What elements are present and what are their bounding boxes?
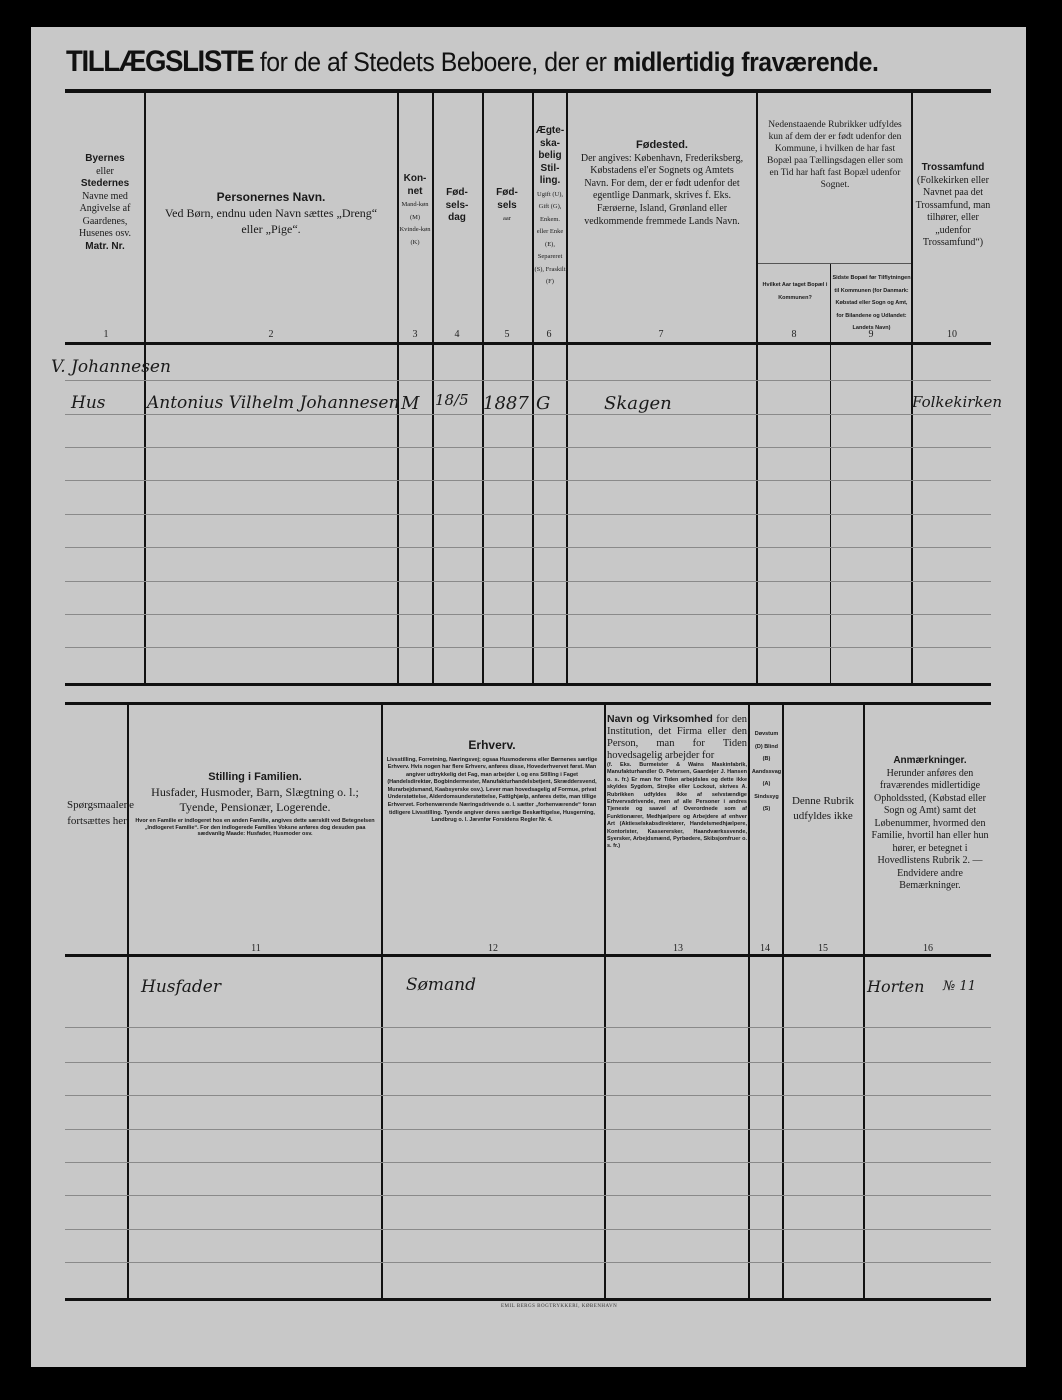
printer-footer: EMIL BERGS BOGTRYKKERI, KØBENHAVN <box>501 1304 617 1309</box>
entry-birthyear: 1887 <box>483 393 529 414</box>
entry-marital-status: G <box>536 393 550 414</box>
entry-family-position: Husfader <box>141 977 221 997</box>
entry-place-line2: Hus <box>71 393 106 413</box>
entry-religion: Folkekirken <box>912 393 1002 411</box>
entry-birthplace: Skagen <box>604 393 672 414</box>
header-col-1: Byernes eller Stedernes Navne med Angive… <box>67 153 143 253</box>
form-title: TILLÆGSLISTE for de af Stedets Beboere, … <box>66 45 949 85</box>
header-col-5: Fød-sels aar <box>489 187 525 225</box>
entry-place-line1: V. Johannesen <box>51 357 171 377</box>
header-col-14: Døvstum (D) Blind (B) Aandssvag (A) Sind… <box>751 727 782 815</box>
header-col-13: Navn og Virksomhed for den Institution, … <box>607 713 747 851</box>
lower-header-rule <box>65 954 991 957</box>
header-col-4: Fød-sels-dag <box>439 187 475 225</box>
header-col-2: Personernes Navn. Ved Børn, endnu uden N… <box>161 189 381 237</box>
lower-bottom-rule <box>65 1298 991 1301</box>
header-col-16: Anmærkninger. Herunder anføres den fravæ… <box>869 755 991 893</box>
census-form-page: TILLÆGSLISTE for de af Stedets Beboere, … <box>31 27 1026 1367</box>
header-col-8-9-group: Nedenstaaende Rubrikker udfyldes kun af … <box>765 119 905 191</box>
header-rule <box>65 342 991 345</box>
lower-top-rule <box>65 702 991 705</box>
header-col-3: Kon-net Mand-køn (M) Kvinde-køn (K) <box>399 173 431 248</box>
entry-remarks: Horten <box>867 977 924 996</box>
header-col-10: Trossamfund (Folkekirken eller Navnet pa… <box>915 162 991 250</box>
upper-bottom-rule <box>65 683 991 686</box>
entry-sex: M <box>401 393 419 414</box>
header-col-9: Sidste Bopæl før Tilflytningen til Kommu… <box>832 271 911 334</box>
header-col-8: Hvilket Aar taget Bopæl i Kommunen? <box>760 278 830 303</box>
header-col-6: Ægte-ska-belig Stil-ling. Ugift (U), Gif… <box>534 125 566 288</box>
header-col-11: Stilling i Familien. Husfader, Husmoder,… <box>135 769 375 838</box>
entry-occupation: Sømand <box>406 975 476 995</box>
header-continue-note: Spørgsmaalene fortsættes her <box>67 797 127 829</box>
header-col-12: Erhverv. Livsstilling, Forretning, Nærin… <box>386 739 598 825</box>
header-col-7: Fødested. Der angives: København, Freder… <box>577 139 747 228</box>
entry-remarks-number: № 11 <box>943 979 976 994</box>
header-col-15: Denne Rubrik udfyldes ikke <box>786 794 860 824</box>
entry-birthday: 18/5 <box>435 391 469 409</box>
top-rule <box>65 89 991 93</box>
entry-person-name: Antonius Vilhelm Johannesen <box>147 393 399 413</box>
